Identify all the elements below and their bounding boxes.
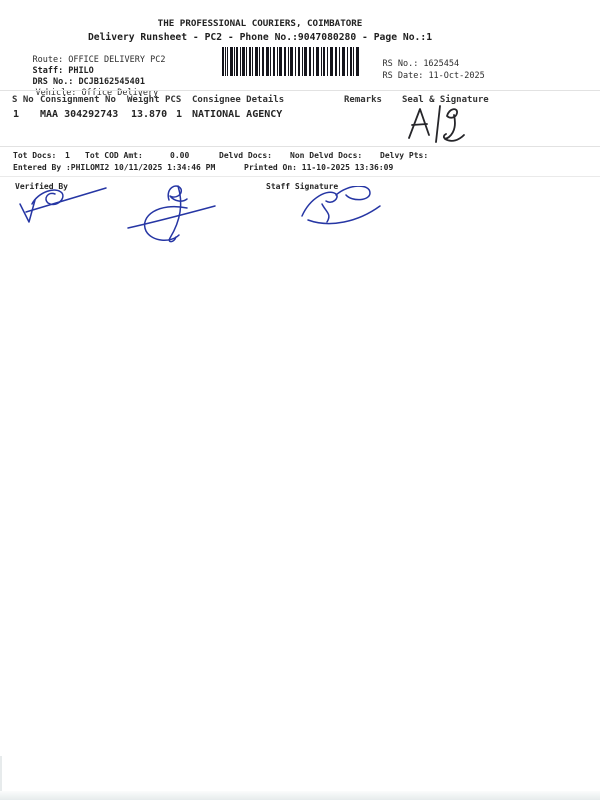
footer-rule <box>0 176 600 177</box>
rs-date-value: 11-Oct-2025 <box>428 71 484 81</box>
seal-mark-handwriting <box>406 104 468 146</box>
rs-date-line: RS Date:11-Oct-2025 <box>362 62 485 91</box>
col-pcs-header: PCS <box>165 95 181 105</box>
cell-weight: 13.870 <box>131 109 167 120</box>
scan-edge-bottom <box>0 791 600 800</box>
company-title: THE PROFESSIONAL COURIERS, COIMBATORE <box>0 19 520 30</box>
col-consignee-header: Consignee Details <box>192 95 284 105</box>
tot-docs-label: Tot Docs: <box>13 151 56 160</box>
tot-docs-value: 1 <box>65 151 70 160</box>
totals-top-rule <box>0 146 600 147</box>
runsheet-title: Delivery Runsheet - PC2 - Phone No.:9047… <box>0 32 520 43</box>
table-top-rule <box>0 90 600 91</box>
non-delvd-docs-label: Non Delvd Docs: <box>290 151 362 160</box>
barcode-icon <box>222 47 359 76</box>
delvy-pts-label: Delvy Pts: <box>380 151 428 160</box>
center-signature <box>125 180 220 248</box>
col-remarks-header: Remarks <box>344 95 382 105</box>
rs-date-label: RS Date: <box>382 71 423 81</box>
col-consignment-header: Consignment No <box>40 95 116 105</box>
tot-cod-amt-value: 0.00 <box>170 151 189 160</box>
cell-s-no: 1 <box>13 109 19 120</box>
delvd-docs-label: Delvd Docs: <box>219 151 272 160</box>
col-s-no-header: S No <box>12 95 34 105</box>
cell-pcs: 1 <box>176 109 182 120</box>
tot-cod-amt-label: Tot COD Amt: <box>85 151 143 160</box>
entered-by-text: Entered By :PHILOMI2 10/11/2025 1:34:46 … <box>13 163 215 172</box>
cell-consignee: NATIONAL AGENCY <box>192 109 282 120</box>
staff-signature-handwriting <box>294 186 386 228</box>
delivery-runsheet-document: THE PROFESSIONAL COURIERS, COIMBATORE De… <box>0 0 600 800</box>
verified-by-signature <box>12 186 112 228</box>
printed-on-text: Printed On: 11-10-2025 13:36:09 <box>244 163 393 172</box>
cell-consignment-no: MAA 304292743 <box>40 109 118 120</box>
col-weight-header: Weight <box>127 95 160 105</box>
